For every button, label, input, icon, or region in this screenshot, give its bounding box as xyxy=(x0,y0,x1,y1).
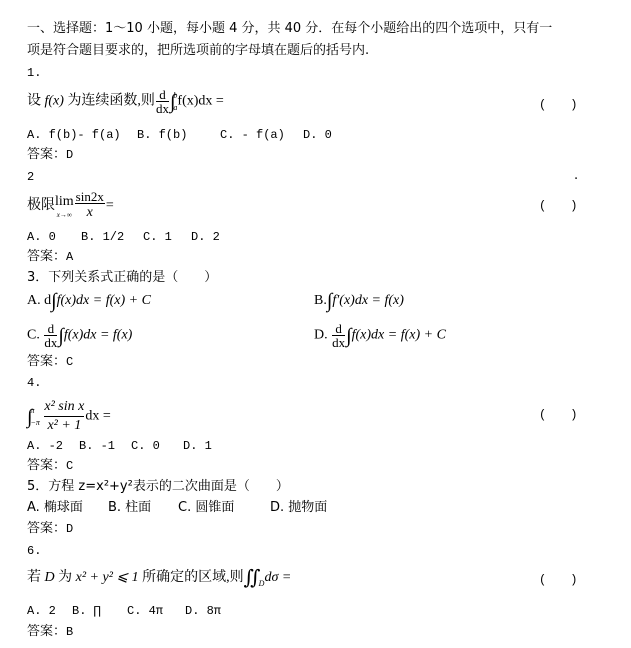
question-4-number: 4. xyxy=(27,374,41,392)
question-1-number: 1. xyxy=(27,64,41,82)
option-c: C. - f(a) xyxy=(220,126,303,144)
option-a: A. 0 xyxy=(27,228,81,246)
answer-blank: ( ) xyxy=(539,95,577,112)
answer-blank: ( ) xyxy=(539,405,577,422)
question-6-number: 6. xyxy=(27,542,41,560)
integral-icon: ∫ xyxy=(27,408,32,426)
option-c: C. 4π xyxy=(127,602,185,620)
option-b: B. ∏ xyxy=(72,602,127,620)
question-3-option-d: D. ddx∫f(x)dx = f(x) + C xyxy=(314,322,446,349)
question-2-answer: 答案：A xyxy=(27,248,73,266)
integral-icon: ∫ xyxy=(346,327,351,345)
option-d: D. 2 xyxy=(191,228,220,246)
option-c: C. 圆锥面 xyxy=(178,499,270,517)
question-5-options: A. 椭球面B. 柱面C. 圆锥面D. 抛物面 xyxy=(27,499,327,517)
option-b: B. 柱面 xyxy=(108,499,178,517)
option-a: A. 椭球面 xyxy=(27,499,108,517)
option-d: D. 8π xyxy=(185,602,221,620)
question-3-option-a: A. d∫f(x)dx = f(x) + C xyxy=(27,292,151,310)
option-a: A. -2 xyxy=(27,437,79,455)
question-2-stem: 极限limx→∞sin2xx= xyxy=(27,190,114,222)
integral-icon: ∫ xyxy=(327,292,332,310)
question-4-stem: ∫π−π x² sin xx² + 1dx = xyxy=(27,398,111,435)
question-3-option-b: B.∫f′(x)dx = f(x) xyxy=(314,292,404,310)
question-5-stem: 5．方程 z=x²+y²表示的二次曲面是（ ） xyxy=(27,478,289,496)
question-2-options: A. 0B. 1/2C. 1D. 2 xyxy=(27,228,220,246)
question-6-answer: 答案：B xyxy=(27,623,73,641)
double-integral-icon: ∬ xyxy=(244,569,261,587)
question-6-options: A. 2B. ∏C. 4πD. 8π xyxy=(27,602,221,620)
option-a: A. f(b)- f(a) xyxy=(27,126,137,144)
option-a: A. 2 xyxy=(27,602,72,620)
section-header-line-2: 项是符合题目要求的，把所选项前的字母填在题后的括号内. xyxy=(27,42,369,60)
option-c: C. 1 xyxy=(143,228,191,246)
answer-blank: ( ) xyxy=(539,570,577,587)
option-d: D. 抛物面 xyxy=(270,499,327,517)
integral-icon: ∫ xyxy=(170,93,175,111)
question-1-answer: 答案：D xyxy=(27,146,73,164)
question-3-answer: 答案：C xyxy=(27,353,73,371)
question-3-stem: 3．下列关系式正确的是（ ） xyxy=(27,269,217,287)
option-b: B. -1 xyxy=(79,437,131,455)
integral-icon: ∫ xyxy=(51,292,56,310)
question-2-number: 2 xyxy=(27,168,34,186)
section-header-line-1: 一、选择题：1～10 小题，每小题 4 分，共 40 分．在每个小题给出的四个选… xyxy=(27,20,552,38)
question-6-stem: 若 D 为 x² + y² ⩽ 1 所确定的区域,则∬ Ddσ = xyxy=(27,566,291,590)
answer-blank: ( ) xyxy=(539,196,577,213)
question-4-options: A. -2B. -1C. 0D. 1 xyxy=(27,437,212,455)
question-4-answer: 答案：C xyxy=(27,457,73,475)
stray-dot: . xyxy=(574,168,578,183)
option-d: D. 1 xyxy=(183,437,212,455)
question-5-answer: 答案：D xyxy=(27,520,73,538)
integral-icon: ∫ xyxy=(58,327,63,345)
question-1-stem: 设 f(x) 为连续函数,则ddx∫baf(x)dx = xyxy=(27,88,224,115)
option-d: D. 0 xyxy=(303,126,332,144)
option-b: B. f(b) xyxy=(137,126,220,144)
option-c: C. 0 xyxy=(131,437,183,455)
option-b: B. 1/2 xyxy=(81,228,143,246)
question-3-option-c: C. ddx∫f(x)dx = f(x) xyxy=(27,322,132,349)
question-1-options: A. f(b)- f(a)B. f(b)C. - f(a)D. 0 xyxy=(27,126,332,144)
